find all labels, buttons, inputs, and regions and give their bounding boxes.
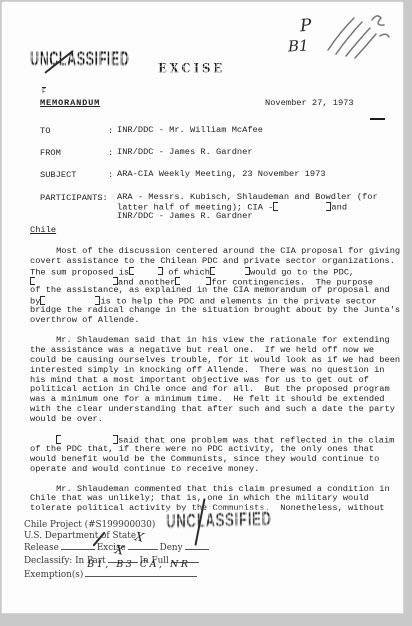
memo-title: MEMORANDUM	[40, 98, 100, 108]
redaction-box	[273, 202, 331, 211]
header-rows: TO:INR/DDC - Mr. William McAfeeFROM:INR/…	[40, 126, 390, 234]
handwritten-exemptions: B1, B3 CA, NR	[87, 559, 190, 570]
header-separator: :	[108, 170, 117, 180]
exemption-label: Exemption(s)	[24, 570, 83, 580]
scribble-annotation	[320, 6, 402, 64]
project-line: Chile Project (#S199900030)	[24, 520, 211, 531]
header-value-line: INR/DDC - Mr. William McAfee	[117, 126, 263, 136]
redaction-box	[210, 267, 250, 276]
excise-stamp: EXCISE	[158, 60, 225, 76]
header-value: ARA-CIA Weekly Meeting, 23 November 1973	[117, 170, 326, 180]
header-label: TO	[40, 126, 108, 136]
form-letter-mark: F	[42, 88, 46, 95]
exemption-blank: B1, B3 CA, NR	[85, 569, 197, 577]
redaction-box	[129, 267, 163, 276]
pen-dash-mark	[370, 118, 385, 120]
scanned-memo-screenshot: { "colors": { "paper": "#fdfdfd", "ink":…	[0, 0, 412, 626]
header-row: TO:INR/DDC - Mr. William McAfee	[40, 126, 390, 136]
paragraph-line: The sum proposed is of whichwould go to …	[30, 267, 402, 277]
header-row: FROM:INR/DDC - James R. Gardner	[40, 148, 390, 158]
paragraph-line: of the assistance, as explained in the C…	[30, 286, 402, 296]
release-label: Release	[24, 543, 59, 553]
header-separator: :	[108, 148, 117, 158]
header-value: INR/DDC - Mr. William McAfee	[117, 126, 263, 136]
header-value-line: ARA - Messrs. Kubisch, Shlaudeman and Bo…	[117, 193, 378, 203]
header-value-line: INR/DDC - James R. Gardner	[117, 212, 378, 222]
excise-stamp-text: EXCISE	[158, 60, 225, 76]
memo-date: November 27, 1973	[265, 98, 354, 108]
deny-blank	[185, 542, 209, 550]
handwritten-x-excise: X	[134, 532, 145, 545]
header-row: PARTICIPANTS:ARA - Messrs. Kubisch, Shla…	[40, 193, 390, 223]
handwritten-b1: B1	[288, 36, 309, 55]
paragraph: said that one problem was that reflected…	[30, 435, 402, 475]
release-block: Chile Project (#S199900030) U.S. Departm…	[24, 520, 211, 581]
redaction-box	[40, 296, 100, 305]
paragraph-line: would be over.	[30, 415, 402, 425]
document-page: UNCLASSIFIED EXCISE P B1 F MEMORANDUM No…	[1, 1, 404, 614]
redaction-box	[175, 277, 211, 286]
header-row: SUBJECT:ARA-CIA Weekly Meeting, 23 Novem…	[40, 170, 390, 180]
header-value: ARA - Messrs. Kubisch, Shlaudeman and Bo…	[117, 193, 378, 223]
header-separator: :	[108, 126, 117, 136]
paragraph: Mr. Shlaudeman said that in his view the…	[30, 336, 402, 425]
header-label: FROM	[40, 148, 108, 158]
department-line: U.S. Department of State	[24, 531, 211, 542]
release-blank	[61, 542, 95, 550]
header-value-line: ARA-CIA Weekly Meeting, 23 November 1973	[117, 170, 326, 180]
header-value-line: INR/DDC - James R. Gardner	[117, 148, 253, 158]
header-label: SUBJECT	[40, 170, 108, 180]
header-label: PARTICIPANTS:	[40, 193, 108, 203]
deny-label: Deny	[160, 543, 183, 553]
paragraph-line: covert assistance to the Chilean PDC and…	[30, 257, 402, 267]
header-value: INR/DDC - James R. Gardner	[117, 148, 253, 158]
exemption-row: Exemption(s)B1, B3 CA, NR	[24, 569, 211, 581]
handwritten-p: P	[299, 16, 312, 37]
paragraph: Most of the discussion centered around t…	[30, 247, 402, 326]
unclassified-stamp-top: UNCLASSIFIED	[30, 48, 130, 70]
paragraph-line: overthrow of Allende.	[30, 316, 402, 326]
section-heading-chile: Chile	[30, 226, 402, 236]
unclassified-stamp-top-text: UNCLASSIFIED	[30, 48, 130, 70]
paragraph-line: operate and would continue to receive mo…	[30, 465, 402, 475]
paragraphs: Most of the discussion centered around t…	[30, 247, 402, 514]
redaction-box	[56, 435, 118, 444]
redaction-box	[30, 277, 118, 286]
handwritten-x-in-part: X	[113, 544, 124, 557]
memo-body: Chile Most of the discussion centered ar…	[30, 226, 402, 524]
excise-blank: X	[128, 542, 158, 550]
